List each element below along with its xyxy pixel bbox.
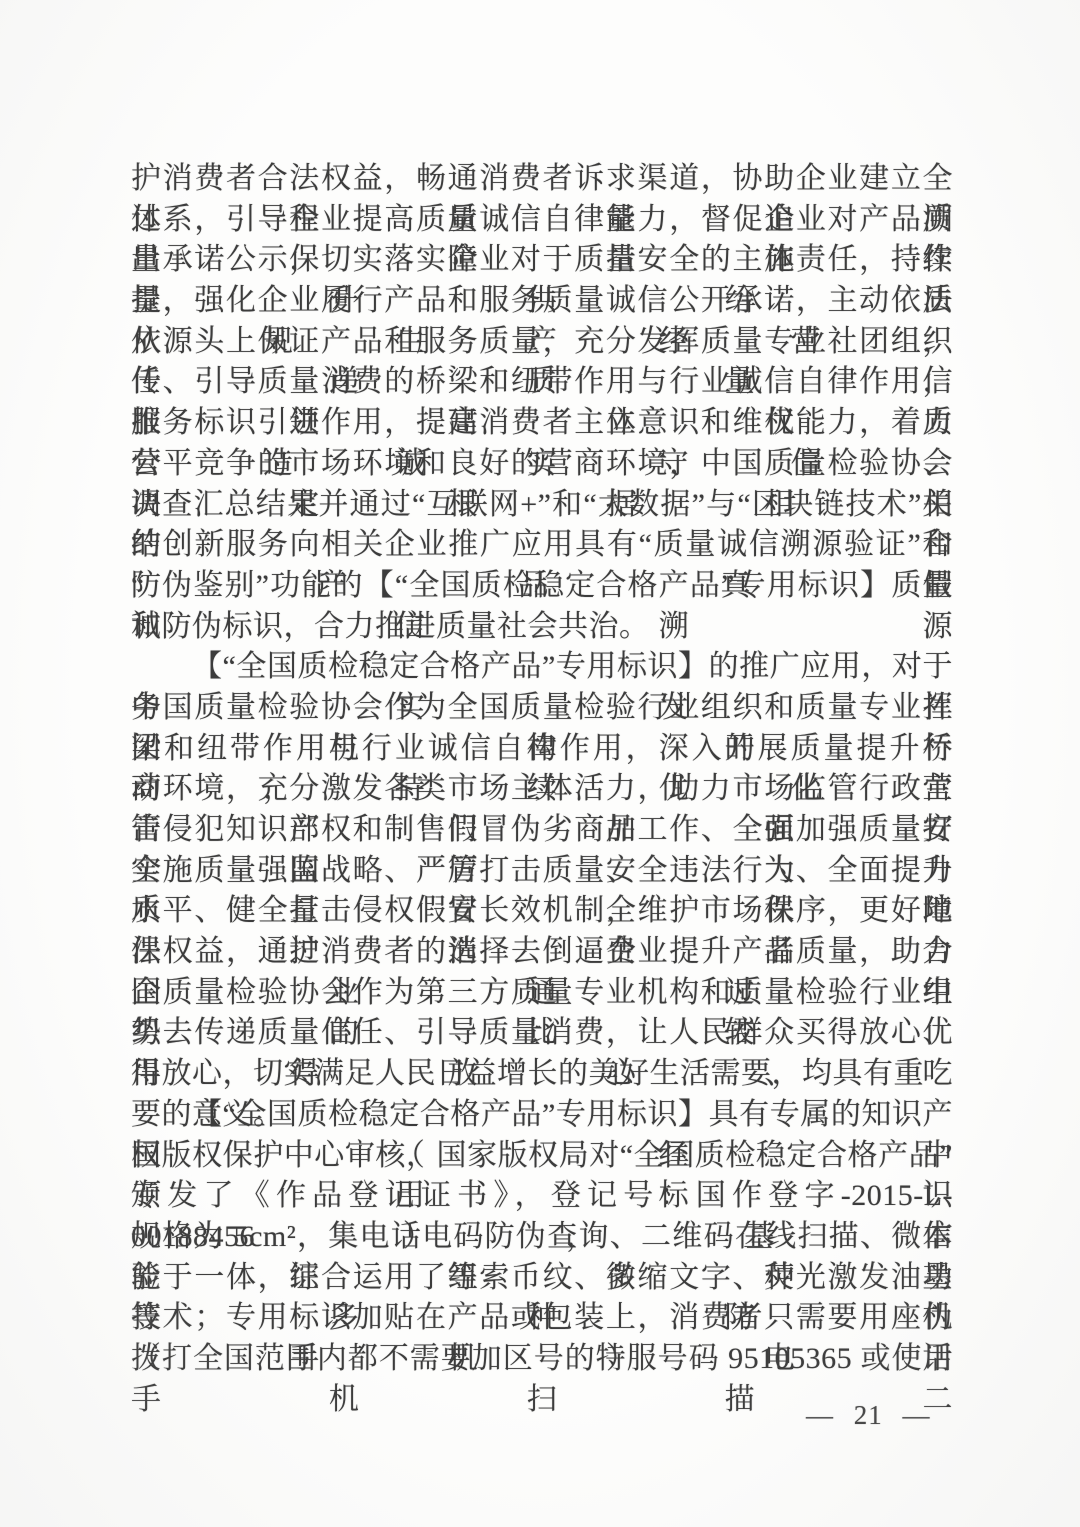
text-line: 防伪鉴别”功能的【“全国质检稳定合格产品”专用标识】质量诚信溯源 (131, 566, 953, 607)
text-line: 【“全国质检稳定合格产品”专用标识】的推广应用，对于务实发挥 (131, 647, 953, 688)
text-line: 从源头上保证产品和服务质量，充分发挥质量专业社团组织传递质量信 (131, 322, 953, 363)
text-line: 击侵犯知识产权和制售假冒伪劣商品工作、全面加强质量安全监管、大力 (131, 810, 953, 851)
text-body: 护消费者合法权益，畅通消费者诉求渠道，协助企业建立全过程质量追溯体系，引导企业提… (131, 159, 953, 1380)
text-line: 服务标识引领作用，提高消费者主体意识和维权能力，着力营造诚实守信、 (131, 403, 953, 444)
text-line: 技术；专用标识加贴在产品或包装上，消费者只需要用座机（手机）电话 (131, 1298, 953, 1339)
text-line: 国质量检验协会作为第三方质量专业机构和质量检验行业组织的比较优 (131, 973, 953, 1014)
text-line: 任、引导质量消费的桥梁和纽带作用与行业诚信自律作用，推进建立优质 (131, 362, 953, 403)
text-line: 的创新服务向相关企业推广应用具有“质量诚信溯源验证”和“产品真假 (131, 525, 953, 566)
text-line: 中国质量检验协会作为全国质量检验行业组织和质量专业社团机构的桥 (131, 688, 953, 729)
text-line: 得放心，切实满足人民日益增长的美好生活需要，均具有重要的意义。 (131, 1054, 953, 1095)
text-line: 【“全国质检稳定合格产品”专用标识】具有专属的知识产权（经中 (131, 1095, 953, 1136)
text-line: 体系，引导企业提高质量诚信自律能力，督促企业对产品质量保障措施作 (131, 200, 953, 241)
text-line: 法权益，通过消费者的选择去倒逼企业提升产品质量，助力企业通过中 (131, 932, 953, 973)
document-page: 护消费者合法权益，畅通消费者诉求渠道，协助企业建立全过程质量追溯体系，引导企业提… (0, 0, 1080, 1527)
text-line: 拨打全国范围内都不需要加区号的特服号码 95105365 或使用手机扫描二 (131, 1339, 953, 1380)
text-line: 国版权保护中心审核，国家版权局对“全国质检稳定合格产品”专用标识 (131, 1136, 953, 1177)
text-line: 公平竞争的市场环境和良好的营商环境，中国质量检验协会决定根据相关 (131, 444, 953, 485)
text-line: 出承诺公示，切实落实企业对于质量安全的主体责任，持续提升供给质 (131, 240, 953, 281)
text-line: 量，强化企业履行产品和服务质量诚信公开承诺，主动依法依规生产经营， (131, 281, 953, 322)
text-line: 调查汇总结果并通过“互联网+”和“大数据”与“区块链技术”相结合 (131, 485, 953, 526)
page-number: — 21 — (806, 1398, 936, 1432)
text-line: 商环境，充分激发各类市场主体活力，助力市场监管行政主管部门加强打 (131, 769, 953, 810)
text-line: 实施质量强国战略、严厉打击质量安全违法行为、全面提升质量安全保障 (131, 851, 953, 892)
text-line: 颁发了《作品登记证书》，登记号：国作登字-2015-L-00188456），基本 (131, 1176, 953, 1217)
text-line: 梁和纽带作用与行业诚信自律作用，深入开展质量提升行动，持续优化营 (131, 729, 953, 770)
text-line: 护消费者合法权益，畅通消费者诉求渠道，协助企业建立全过程质量追溯 (131, 159, 953, 200)
text-line: 规格为 5cm²，集电话电码防伪查询、二维码在线扫描、微信验证等多种功 (131, 1217, 953, 1258)
text-line: 势去传递质量信任、引导质量消费，让人民群众买得放心、用得放心、吃 (131, 1013, 953, 1054)
text-line: 能于一体，综合运用了纽索币纹、微缩文字、荧光激发油墨等多种防伪 (131, 1258, 953, 1299)
text-line: 水平、健全打击侵权假冒长效机制，维护市场秩序，更好地保护消费者合 (131, 891, 953, 932)
